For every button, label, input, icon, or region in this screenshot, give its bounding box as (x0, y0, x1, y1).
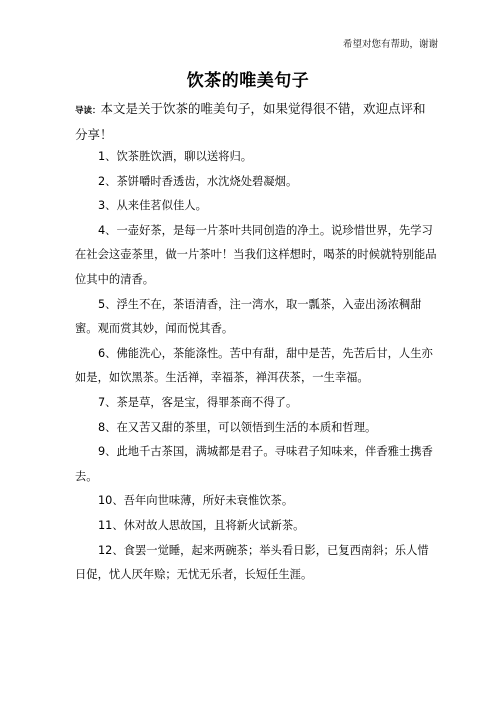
list-item: 5、浮生不在，茶语清香，注一湾水，取一瓢茶，入壶出汤浓稠甜蜜。观而赏其妙，闻而悦… (75, 293, 437, 342)
list-item: 11、休对故人思故国，且将新火试新茶。 (75, 514, 437, 539)
list-item: 10、吾年向世味薄，所好未衰惟饮茶。 (75, 489, 437, 514)
list-item: 2、茶饼嚼时香透齿，水沈烧处碧凝烟。 (75, 170, 437, 195)
intro-label: 导读： (75, 106, 101, 116)
document-title: 饮茶的唯美句子 (0, 66, 496, 91)
list-item: 4、一壶好茶，是每一片茶叶共同创造的净土。说珍惜世界，先学习在社会这壶茶里，做一… (75, 219, 437, 293)
list-item: 1、饮茶胜饮酒，聊以送将归。 (75, 145, 437, 170)
list-item: 6、佛能洗心，茶能涤性。苦中有甜，甜中是苦，先苦后甘，人生亦如是，如饮黑茶。生活… (75, 342, 437, 391)
list-item: 12、食罢一觉睡，起来两碗茶；举头看日影，已复西南斜；乐人惜日促，忧人厌年赊；无… (75, 539, 437, 588)
list-item: 8、在又苦又甜的茶里，可以领悟到生活的本质和哲理。 (75, 416, 437, 441)
list-item: 9、此地千古茶国，满城都是君子。寻味君子知味来，伴香雅士携香去。 (75, 440, 437, 489)
page-header-note: 希望对您有帮助，谢谢 (343, 36, 438, 50)
intro-text: 本文是关于饮茶的唯美句子，如果觉得很不错，欢迎点评和分享！ (75, 101, 426, 142)
list-item: 3、从来佳茗似佳人。 (75, 194, 437, 219)
intro-paragraph: 导读：本文是关于饮茶的唯美句子，如果觉得很不错，欢迎点评和分享！ (75, 97, 435, 147)
quote-list: 1、饮茶胜饮酒，聊以送将归。 2、茶饼嚼时香透齿，水沈烧处碧凝烟。 3、从来佳茗… (75, 145, 437, 588)
list-item: 7、茶是草，客是宝，得罪茶商不得了。 (75, 391, 437, 416)
